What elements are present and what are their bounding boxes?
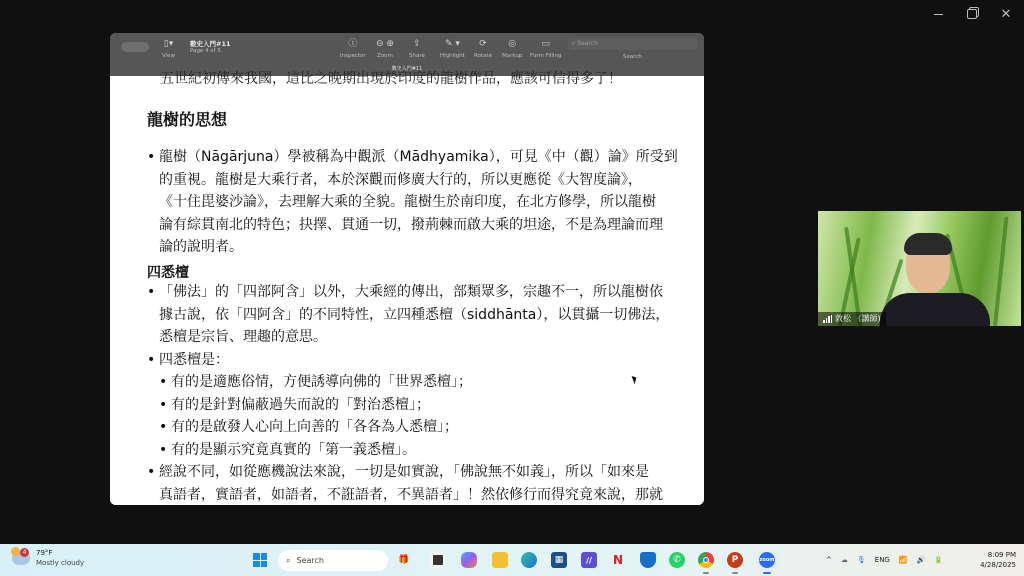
sub-bullet-text: 有的是啟發人心向上向善的「各各為人悉檀」； bbox=[171, 416, 458, 439]
clock-date: 4/28/2025 bbox=[980, 560, 1016, 570]
volume-icon[interactable]: 🔊 bbox=[917, 556, 926, 564]
text-line: 「佛法」的「四部阿含」以外，大乘經的傳出，部類眾多，宗趣不一，所以龍樹依 bbox=[159, 281, 663, 304]
rotate-label: Rotate bbox=[474, 53, 492, 59]
form-icon: ▭ bbox=[541, 38, 550, 50]
zoom-label: Zoom bbox=[377, 53, 393, 59]
info-icon: ⓘ bbox=[348, 38, 357, 50]
grass-decoration bbox=[993, 216, 1008, 326]
bullet: • bbox=[147, 281, 159, 304]
document-title: 數史入門#11 bbox=[190, 39, 231, 48]
markup-icon: ◎ bbox=[508, 38, 516, 50]
clock-time: 8:09 PM bbox=[980, 550, 1016, 560]
ia-app-icon[interactable]: // bbox=[581, 552, 597, 568]
text-line: 論的說明者。 bbox=[147, 236, 687, 259]
minimize-button[interactable] bbox=[922, 0, 954, 28]
edge-icon[interactable] bbox=[521, 552, 537, 568]
text-line: 龍樹（Nāgārjuna）學被稱為中觀派（Mādhyamika），可見《中（觀）… bbox=[159, 146, 678, 169]
weather-widget[interactable]: 4 79°F Mostly cloudy bbox=[12, 548, 84, 568]
desktop: ✕ ▯▾ View 數史入門#11 Page 4 of 5 ⓘ Inspecto… bbox=[0, 0, 1024, 544]
share-button[interactable]: ⇪ Share bbox=[409, 38, 425, 59]
text-line: 經說不同，如從應機說法來說，一切是如實說，「佛說無不如義」，所以「如來是 bbox=[159, 461, 649, 484]
heading-nagarjuna-thought: 龍樹的思想 bbox=[147, 107, 227, 130]
copilot-icon[interactable] bbox=[461, 552, 477, 568]
sub-bullet-text: 有的是適應俗情，方便誘導向佛的「世界悉檀」； bbox=[171, 371, 472, 394]
weather-condition: Mostly cloudy bbox=[36, 558, 84, 568]
cloudy-weather-icon: 4 bbox=[12, 551, 30, 565]
speaker-body bbox=[880, 293, 990, 326]
close-button[interactable]: ✕ bbox=[990, 0, 1022, 28]
page-indicator: Page 4 of 5 bbox=[190, 48, 221, 54]
bullet: • bbox=[147, 349, 159, 372]
heading-four-siddhanta: 四悉檀 bbox=[147, 262, 189, 282]
form-filling-button[interactable]: ▭ Form Filling bbox=[530, 38, 561, 59]
wifi-icon[interactable]: 📶 bbox=[899, 556, 908, 564]
sub-bullet-text: 有的是針對偏蔽過失而說的「對治悉檀」； bbox=[171, 394, 430, 417]
search-icon: ⌕ bbox=[286, 556, 290, 566]
windows-taskbar: 4 79°F Mostly cloudy ⌕ Search 🎁 ▦ // N ✆… bbox=[0, 544, 1024, 576]
section2-paragraph: •「佛法」的「四部阿含」以外，大乘經的傳出，部類眾多，宗趣不一，所以龍樹依 據古… bbox=[147, 281, 687, 505]
rotate-button[interactable]: ⟳ Rotate bbox=[474, 38, 492, 59]
sub-bullet: • bbox=[159, 371, 171, 394]
inspector-button[interactable]: ⓘ Inspector bbox=[340, 38, 366, 59]
webcam-video-tile[interactable]: 敦松 （講師) bbox=[818, 211, 1021, 326]
highlight-button[interactable]: ✎ ▾ Highlight bbox=[440, 38, 465, 59]
text-line: 據古說，依「四阿含」的不同特性，立四種悉檀（siddhānta），以貫攝一切佛法… bbox=[147, 304, 687, 327]
section1-paragraph: •龍樹（Nāgārjuna）學被稱為中觀派（Mādhyamika），可見《中（觀… bbox=[147, 146, 687, 259]
whatsapp-icon[interactable]: ✆ bbox=[669, 552, 685, 568]
sub-bullet: • bbox=[159, 416, 171, 439]
widgets-gift-icon[interactable]: 🎁 bbox=[396, 552, 412, 568]
text-line: 四悉檀是： bbox=[159, 349, 229, 372]
sub-bullet: • bbox=[159, 394, 171, 417]
file-explorer-icon[interactable] bbox=[492, 552, 508, 568]
microphone-location-icon[interactable]: 🎙 bbox=[857, 556, 866, 564]
speaker-hair bbox=[904, 233, 952, 255]
inspector-label: Inspector bbox=[340, 53, 366, 59]
view-label: View bbox=[162, 53, 175, 59]
sub-bullet-text: 有的是顯示究竟真實的「第一義悉檀」。 bbox=[171, 439, 416, 462]
search-placeholder: Search bbox=[577, 40, 598, 47]
task-view-icon[interactable] bbox=[430, 552, 446, 568]
highlighter-icon: ✎ ▾ bbox=[445, 38, 460, 50]
shared-pdf-window: ▯▾ View 數史入門#11 Page 4 of 5 ⓘ Inspector … bbox=[110, 33, 704, 505]
taskbar-search[interactable]: ⌕ Search bbox=[278, 550, 388, 571]
text-line: 悉檀是宗旨、理趣的意思。 bbox=[147, 326, 687, 349]
rotate-icon: ⟳ bbox=[479, 38, 487, 50]
text-line: 《十住毘婆沙論》，去理解大乘的全貌。龍樹生於南印度，在北方修學，所以龍樹 bbox=[147, 191, 687, 214]
form-filling-label: Form Filling bbox=[530, 53, 561, 59]
window-controls: ✕ bbox=[922, 0, 1024, 30]
text-line: 論有綜貫南北的特色；抉擇、貫通一切，撥荊棘而啟大乘的坦途，不是為理論而理 bbox=[147, 214, 687, 237]
clock[interactable]: 8:09 PM 4/28/2025 bbox=[980, 550, 1016, 570]
cut-off-line: 五世紀初傳來我國，這比之晚期出現於印度的龍樹作品，應該可信得多了！ bbox=[160, 68, 622, 88]
zoom-button[interactable]: ⊖ ⊕ Zoom bbox=[376, 38, 394, 59]
participant-name: 敦松 （講師) bbox=[835, 312, 881, 326]
bullet: • bbox=[147, 461, 159, 484]
language-indicator[interactable]: ENG bbox=[875, 556, 890, 564]
sidebar-icon: ▯▾ bbox=[164, 38, 173, 50]
markup-button[interactable]: ◎ Markup bbox=[502, 38, 522, 59]
text-line: 的重視。龍樹是大乘行者，本於深觀而修廣大行的，所以更應從《大智度論》， bbox=[147, 169, 687, 192]
search-input[interactable]: ⌕ Search bbox=[568, 38, 698, 50]
zoom-app-icon[interactable]: zoom bbox=[755, 548, 779, 572]
highlight-label: Highlight bbox=[440, 53, 465, 59]
onedrive-icon[interactable]: ☁ bbox=[841, 556, 848, 564]
start-button[interactable] bbox=[253, 553, 267, 567]
battery-icon[interactable]: 🔋 bbox=[934, 556, 943, 564]
text-line: 真語者，實語者，如語者，不誑語者，不異語者」！然依修行而得究竟來說，那就 bbox=[147, 484, 687, 506]
notification-badge: 4 bbox=[20, 548, 29, 557]
sub-bullet: • bbox=[159, 439, 171, 462]
system-tray: ^ ☁ 🎙 ENG 📶 🔊 🔋 bbox=[826, 544, 943, 576]
participant-label: 敦松 （講師) bbox=[818, 312, 886, 326]
chrome-icon[interactable] bbox=[698, 552, 714, 568]
share-icon: ⇪ bbox=[413, 38, 421, 50]
zoom-in-out-icon: ⊖ ⊕ bbox=[376, 38, 394, 50]
microsoft-store-icon[interactable]: ▦ bbox=[551, 552, 567, 568]
window-traffic-pill[interactable] bbox=[121, 42, 149, 52]
signal-strength-icon bbox=[823, 315, 832, 323]
search-label: Search bbox=[623, 54, 642, 60]
view-button[interactable]: ▯▾ View bbox=[162, 38, 175, 59]
bullet: • bbox=[147, 146, 159, 169]
share-label: Share bbox=[409, 53, 425, 59]
show-hidden-icons-chevron[interactable]: ^ bbox=[826, 556, 832, 564]
maximize-button[interactable] bbox=[956, 0, 988, 28]
defender-shield-icon[interactable] bbox=[640, 552, 656, 568]
netflix-icon[interactable]: N bbox=[610, 552, 626, 568]
markup-label: Markup bbox=[502, 53, 522, 59]
search-placeholder: Search bbox=[296, 556, 323, 565]
weather-temperature: 79°F bbox=[36, 548, 84, 558]
powerpoint-icon[interactable]: P bbox=[727, 552, 743, 568]
pdf-page: 五世紀初傳來我國，這比之晚期出現於印度的龍樹作品，應該可信得多了！ 龍樹的思想 … bbox=[110, 76, 704, 505]
